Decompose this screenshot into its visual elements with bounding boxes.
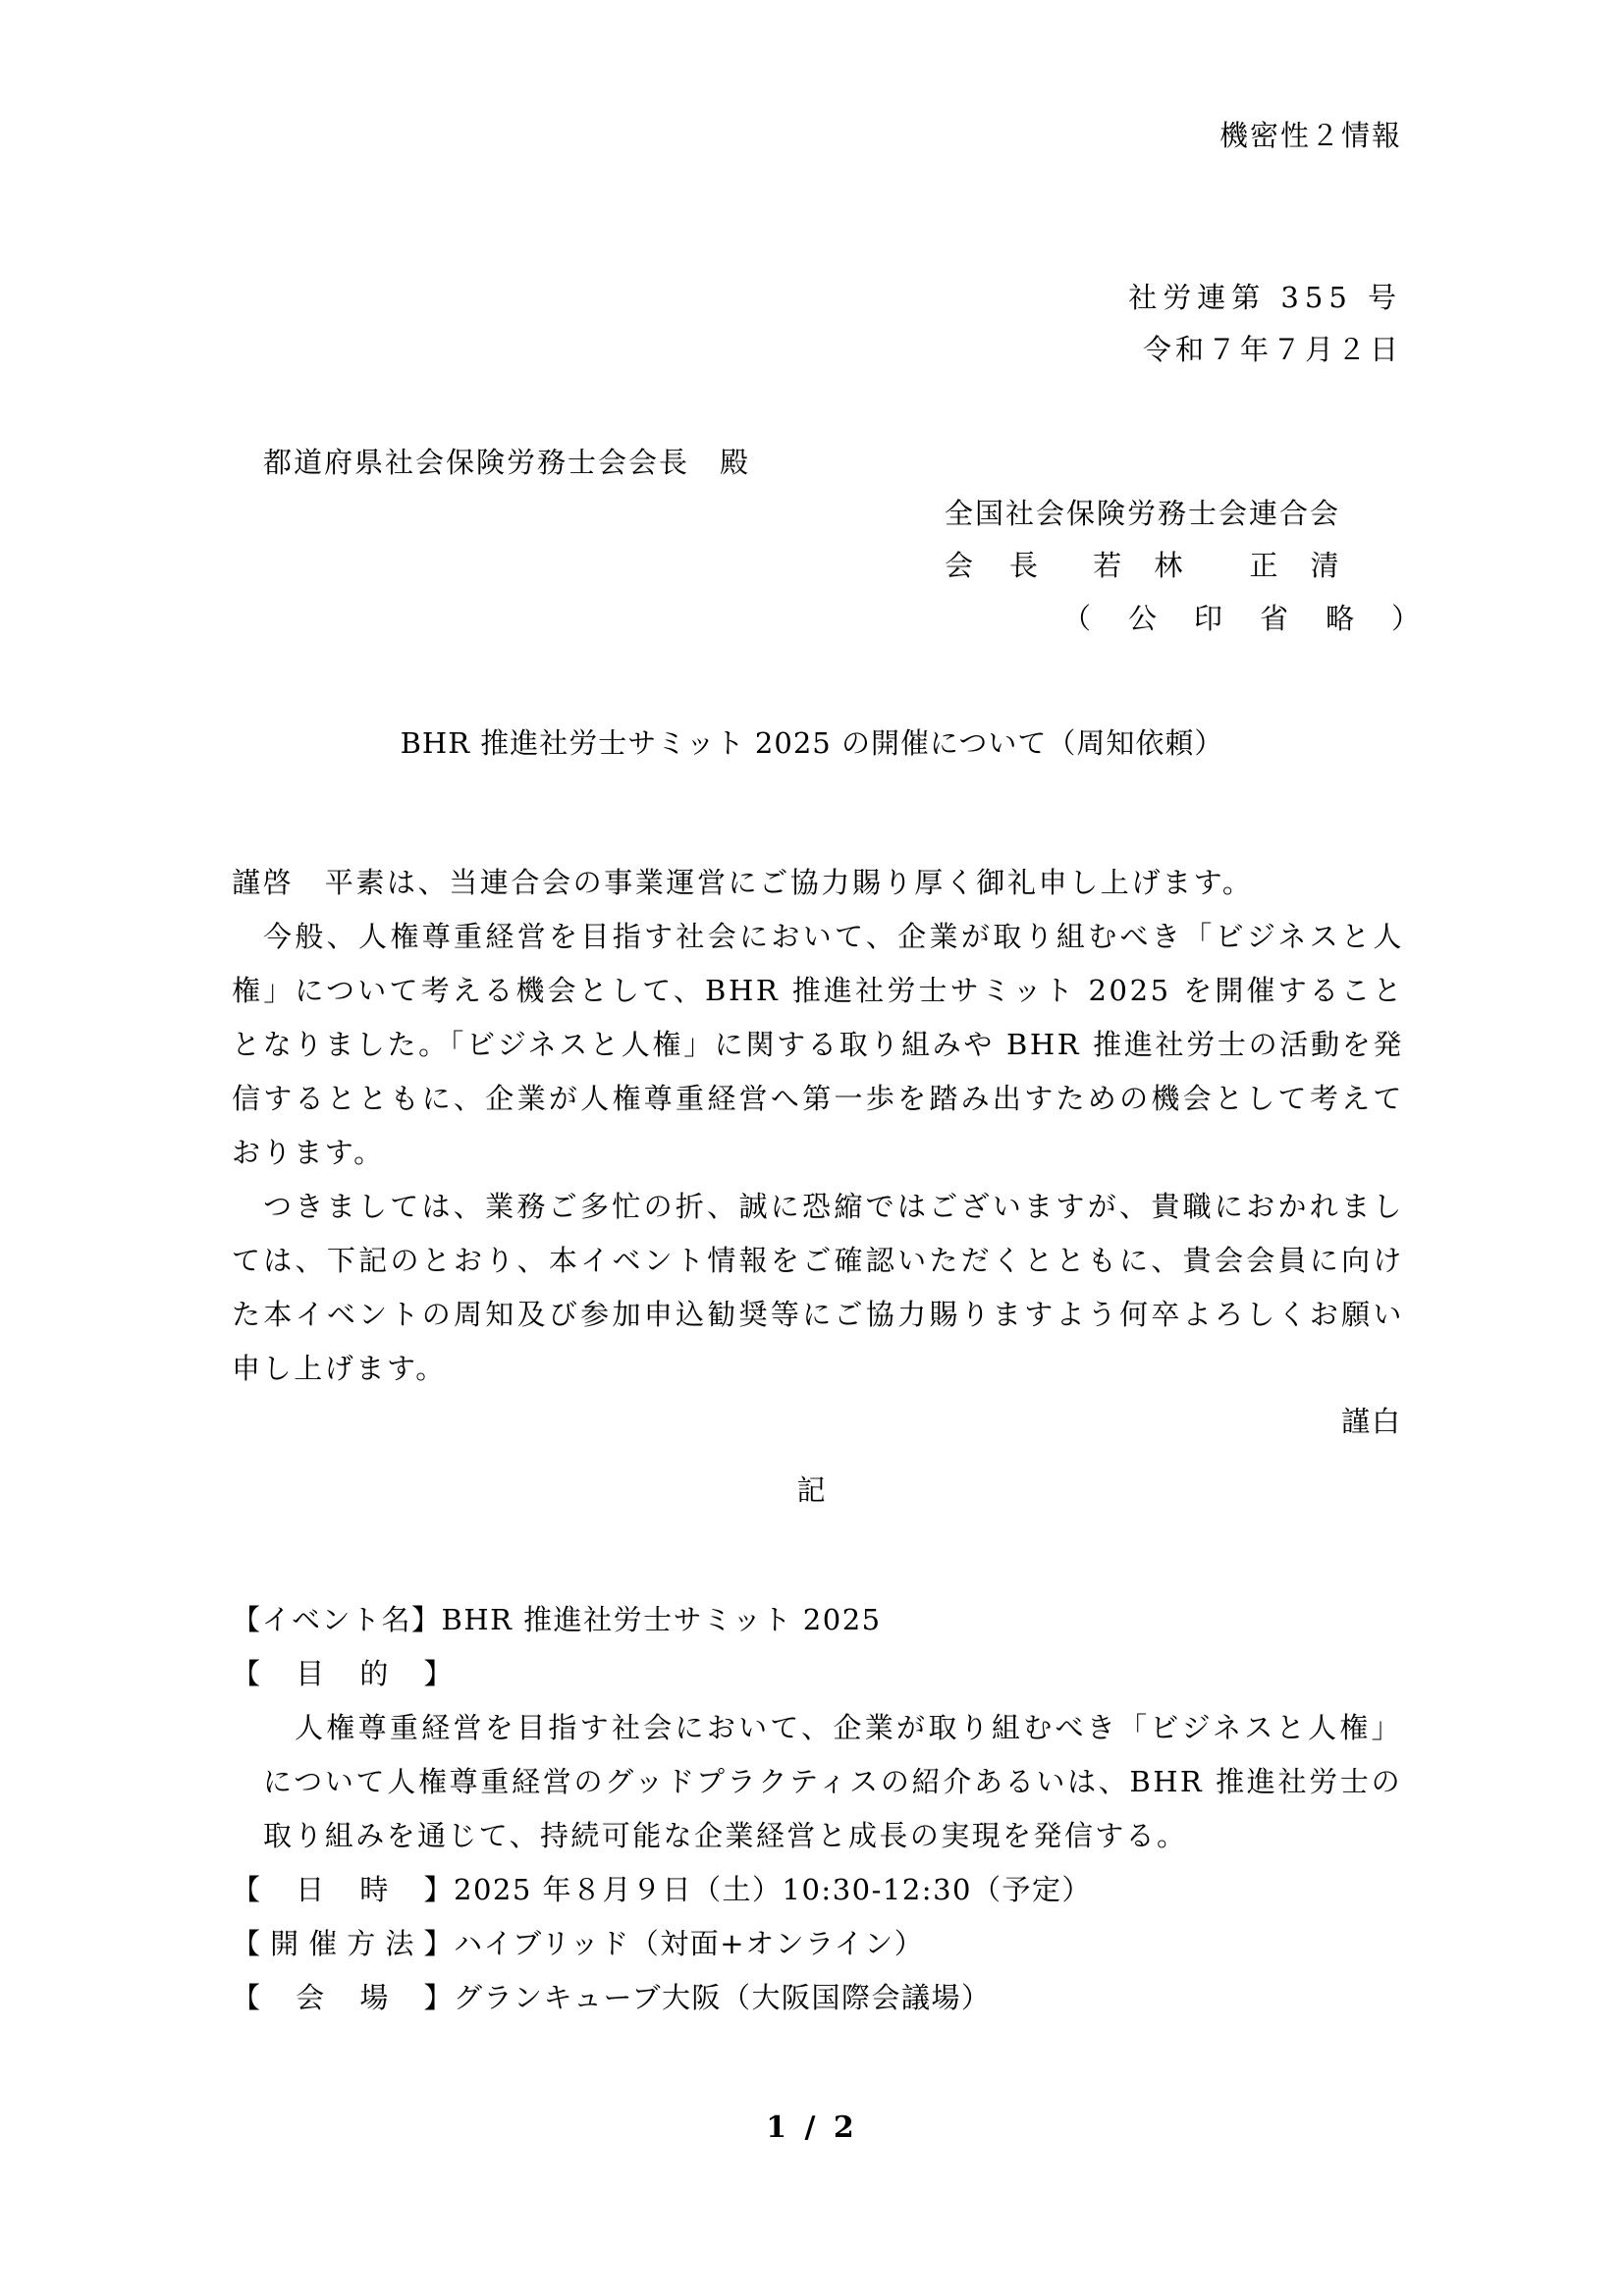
- purpose-row: 【目的】: [232, 1647, 1410, 1701]
- method-row: 【開催方法】 ハイブリッド（対面+オンライン）: [232, 1917, 1410, 1971]
- document-date: 令和７年７月２日: [1143, 334, 1402, 365]
- page-number: 1 / 2: [0, 2110, 1624, 2145]
- datetime-label: 【日時】: [232, 1863, 454, 1917]
- purpose-description: 人権尊重経営を目指す社会において、企業が取り組むべき「ビジネスと人権」について人…: [263, 1701, 1402, 1863]
- method-value: ハイブリッド（対面+オンライン）: [454, 1917, 924, 1971]
- venue-value: グランキューブ大阪（大阪国際会議場）: [454, 1971, 992, 2025]
- purpose-label: 【目的】: [232, 1647, 454, 1701]
- method-label: 【開催方法】: [232, 1917, 454, 1971]
- event-name-value: BHR 推進社労士サミット 2025: [442, 1593, 882, 1647]
- sender-title: 会 長: [945, 550, 1055, 581]
- sender-family-name: 若 林: [1093, 550, 1211, 581]
- sender-given-name: 正 清: [1249, 550, 1350, 581]
- event-name-label: 【イベント名】: [232, 1593, 442, 1647]
- ki-heading: 記: [0, 1474, 1624, 1506]
- document-number: 社労連第 355 号: [1128, 282, 1402, 313]
- document-title: BHR 推進社労士サミット 2025 の開催について（周知依頼）: [0, 721, 1624, 762]
- datetime-value: 2025 年８月９日（土）10:30-12:30（予定）: [454, 1863, 1092, 1917]
- venue-row: 【会場】 グランキューブ大阪（大阪国際会議場）: [232, 1971, 1410, 2025]
- request-paragraph: つきましては、業務ご多忙の折、誠に恐縮ではございますが、貴職におかれましては、下…: [232, 1180, 1404, 1396]
- classification-label: 機密性２情報: [1219, 120, 1402, 151]
- sender-signature: 会 長 若 林 正 清: [945, 550, 1351, 581]
- datetime-row: 【日時】 2025 年８月９日（土）10:30-12:30（予定）: [232, 1863, 1410, 1917]
- event-name-row: 【イベント名】 BHR 推進社労士サミット 2025: [232, 1593, 1410, 1647]
- sender-organization: 全国社会保険労務士会連合会: [945, 498, 1340, 529]
- greeting-paragraph: 謹啓 平素は、当連合会の事業運営にご協力賜り厚く御礼申し上げます。: [232, 856, 1404, 910]
- seal-omitted-note: （公印省略）: [1062, 603, 1422, 634]
- addressee: 都道府県社会保険労務士会会長 殿: [263, 447, 750, 478]
- document-page: 機密性２情報 社労連第 355 号 令和７年７月２日 都道府県社会保険労務士会会…: [0, 0, 1624, 2296]
- event-details: 【イベント名】 BHR 推進社労士サミット 2025 【目的】 人権尊重経営を目…: [232, 1593, 1410, 2025]
- announcement-paragraph: 今般、人権尊重経営を目指す社会において、企業が取り組むべき「ビジネスと人権」につ…: [232, 910, 1404, 1180]
- letter-body: 謹啓 平素は、当連合会の事業運営にご協力賜り厚く御礼申し上げます。 今般、人権尊…: [232, 856, 1404, 1396]
- closing-salutation: 謹白: [1341, 1406, 1402, 1437]
- venue-label: 【会場】: [232, 1971, 454, 2025]
